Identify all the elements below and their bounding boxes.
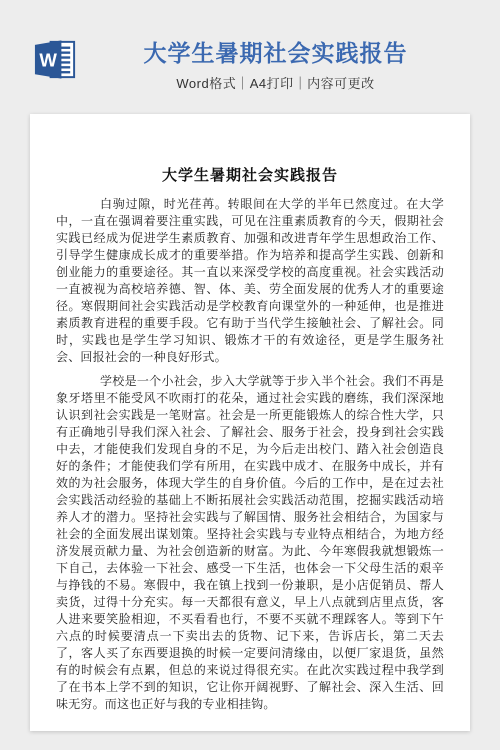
- word-file-icon: W: [32, 36, 79, 83]
- document-paragraph-2: 学校是一个小社会，步入大学就等于步入半个社会。我们不再是象牙塔里不能受风不吹雨打…: [56, 373, 444, 713]
- word-icon-letter: W: [39, 49, 57, 70]
- header: W 大学生暑期社会实践报告 Word格式｜A4打印｜内容可更改: [0, 0, 500, 92]
- document-paragraph-1: 白驹过隙，时光荏苒。转眼间在大学的半年已然度过。在大学中，一直在强调着要注重实践…: [56, 196, 444, 366]
- document-preview-page: 大学生暑期社会实践报告 白驹过隙，时光荏苒。转眼间在大学的半年已然度过。在大学中…: [30, 114, 470, 731]
- document-body: 白驹过隙，时光荏苒。转眼间在大学的半年已然度过。在大学中，一直在强调着要注重实践…: [56, 196, 444, 713]
- header-text-block: 大学生暑期社会实践报告 Word格式｜A4打印｜内容可更改: [79, 41, 500, 92]
- page-title: 大学生暑期社会实践报告: [79, 41, 472, 66]
- page-subtitle: Word格式｜A4打印｜内容可更改: [79, 73, 472, 92]
- document-title: 大学生暑期社会实践报告: [56, 164, 444, 185]
